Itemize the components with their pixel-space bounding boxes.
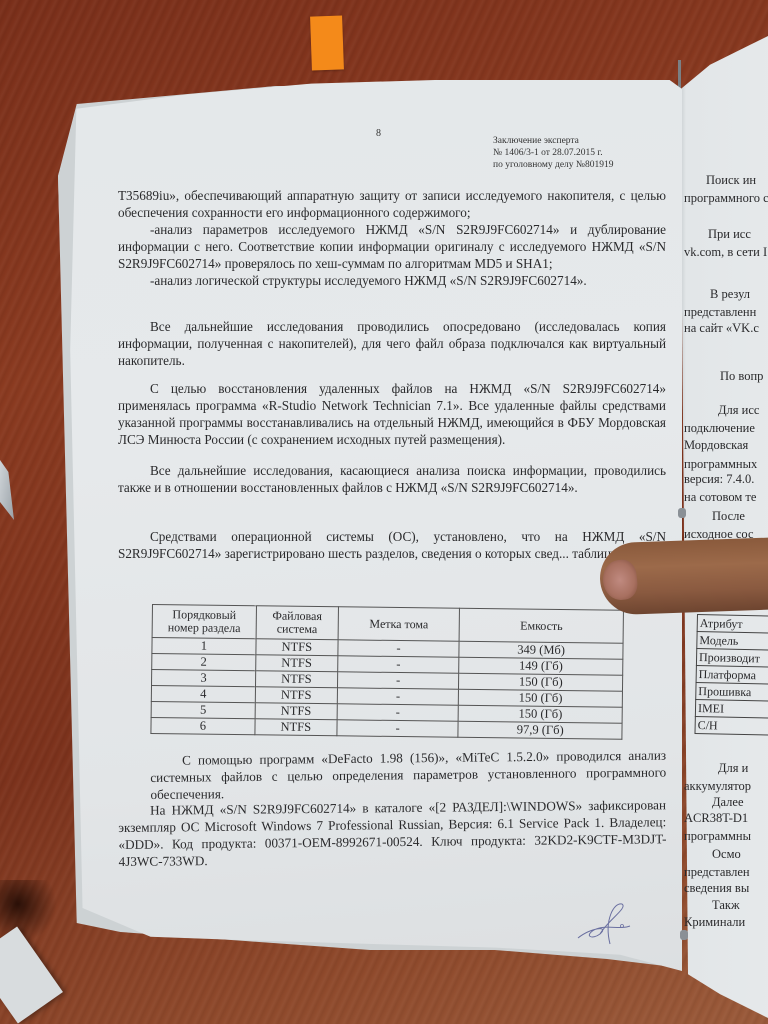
table-cell: 150 (Гб) <box>459 705 623 723</box>
body-block-7: На НЖМД «S/N S2R9J9FC602714» в каталоге … <box>118 796 667 870</box>
body-block-2: Все дальнейшие исследования проводились … <box>118 318 666 369</box>
paragraph: С помощью программ «DeFacto 1.98 (156)»,… <box>150 747 667 803</box>
right-page-line: аккумулятор <box>684 778 768 794</box>
table-cell: 3 <box>152 670 256 687</box>
table-cell: 6 <box>151 717 255 734</box>
paragraph: Средствами операционной системы (ОС), ус… <box>118 528 666 562</box>
table-cell: 4 <box>151 686 255 703</box>
table-cell: NTFS <box>255 687 337 704</box>
table-cell: - <box>338 640 460 657</box>
table-row: Производит <box>696 649 768 668</box>
body-block-3: С целью восстановления удаленных файлов … <box>118 380 666 448</box>
body-block-6: С помощью программ «DeFacto 1.98 (156)»,… <box>150 747 667 803</box>
attribute-cell: Модель <box>697 632 768 651</box>
device-attribute-table: АтрибутМодельПроизводитПлатформаПрошивка… <box>694 614 768 736</box>
right-page-line: Поиск ин <box>684 172 768 188</box>
right-page-line: В резул <box>684 286 768 302</box>
report-number: № 1406/3-1 от 28.07.2015 г. <box>493 147 614 159</box>
right-page-line: версия: 7.4.0. <box>684 471 768 487</box>
right-page-line: Осмо <box>684 846 768 862</box>
table-row: IMEI <box>695 699 768 718</box>
right-page-line: подключение <box>684 420 768 436</box>
body-block-5: Средствами операционной системы (ОС), ус… <box>118 528 666 562</box>
attribute-cell: Производит <box>696 649 768 668</box>
table-cell: NTFS <box>256 639 338 656</box>
right-page-line: представленн <box>684 304 768 320</box>
paragraph: -анализ логической структуры исследуемог… <box>118 272 666 289</box>
table-cell: - <box>337 672 459 689</box>
column-header: Порядковый номер раздела <box>152 605 256 639</box>
right-page-line: представлен <box>684 864 768 880</box>
table-cell: 1 <box>152 638 256 655</box>
right-page-line: Мордовская <box>684 437 768 453</box>
table-cell: 349 (Мб) <box>459 641 623 659</box>
table-cell: - <box>337 688 459 705</box>
body-block-4: Все дальнейшие исследования, касающиеся … <box>118 462 666 496</box>
paragraph: -анализ параметров исследуемого НЖМД «S/… <box>118 221 666 272</box>
column-header: Емкость <box>459 608 623 643</box>
right-page-line: Для исс <box>684 402 768 418</box>
right-page-line: ACR38T-D1 <box>684 810 768 826</box>
paragraph: Все дальнейшие исследования, касающиеся … <box>118 462 666 496</box>
right-page-line: программных <box>684 456 768 472</box>
page-number: 8 <box>376 128 381 139</box>
right-page-line: на сотовом те <box>684 489 768 505</box>
body-block-1: Т35689iu», обеспечивающий аппаратную защ… <box>118 187 666 289</box>
right-page-line: Для и <box>684 760 768 776</box>
table-cell: 97,9 (Гб) <box>458 721 622 739</box>
attribute-cell: IMEI <box>695 699 768 718</box>
orange-bookmark-tab <box>310 15 344 70</box>
right-page-line: vk.com, в сети I <box>684 244 768 260</box>
table-cell: NTFS <box>255 703 337 720</box>
attribute-cell: Платформа <box>696 665 768 684</box>
right-page-line: программны <box>684 828 768 844</box>
attribute-cell: Атрибут <box>697 615 768 634</box>
right-page-line: программного с <box>684 190 768 206</box>
table-row: Модель <box>697 632 768 651</box>
table-cell: 150 (Гб) <box>459 673 623 691</box>
table-cell: 149 (Гб) <box>459 657 623 675</box>
table-cell: NTFS <box>256 655 338 672</box>
column-header: Файловая система <box>256 606 338 640</box>
table-cell: - <box>337 704 459 721</box>
staple-mark <box>680 930 688 940</box>
attribute-cell: С/Н <box>695 716 768 735</box>
partition-table: Порядковый номер раздела Файловая систем… <box>150 604 624 740</box>
table-cell: 150 (Гб) <box>459 689 623 707</box>
report-header: Заключение эксперта № 1406/3-1 от 28.07.… <box>493 135 614 171</box>
table-row: Прошивка <box>696 682 768 701</box>
right-page-line: на сайт «VK.c <box>684 320 768 336</box>
right-page-line: сведения вы <box>684 880 768 896</box>
paper-scrap <box>0 460 14 520</box>
paragraph: На НЖМД «S/N S2R9J9FC602714» в каталоге … <box>118 796 667 870</box>
right-page-line: Такж <box>684 897 768 913</box>
right-page-line: Криминали <box>684 914 768 930</box>
table-cell: 5 <box>151 701 255 718</box>
right-page-line: При исс <box>684 226 768 242</box>
table-cell: - <box>337 720 459 737</box>
table-cell: 2 <box>152 654 256 671</box>
table-cell: - <box>337 656 459 673</box>
case-number: по уголовному делу №801919 <box>493 159 614 171</box>
paper-scrap <box>0 926 63 1023</box>
table-row: Атрибут <box>697 615 768 634</box>
column-header: Метка тома <box>338 607 460 641</box>
right-page-line: После <box>684 508 768 524</box>
table-row: Платформа <box>696 665 768 684</box>
report-title: Заключение эксперта <box>493 135 614 147</box>
right-page-line: По вопр <box>684 368 768 384</box>
table-cell: NTFS <box>255 671 337 688</box>
handwritten-signature <box>570 900 640 950</box>
paragraph: Т35689iu», обеспечивающий аппаратную защ… <box>118 187 666 221</box>
right-page-line: Далее <box>684 794 768 810</box>
attribute-cell: Прошивка <box>696 682 768 701</box>
paragraph: Все дальнейшие исследования проводились … <box>118 318 666 369</box>
table-row: С/Н <box>695 716 768 735</box>
table-cell: NTFS <box>255 719 337 736</box>
paragraph: С целью восстановления удаленных файлов … <box>118 380 666 448</box>
